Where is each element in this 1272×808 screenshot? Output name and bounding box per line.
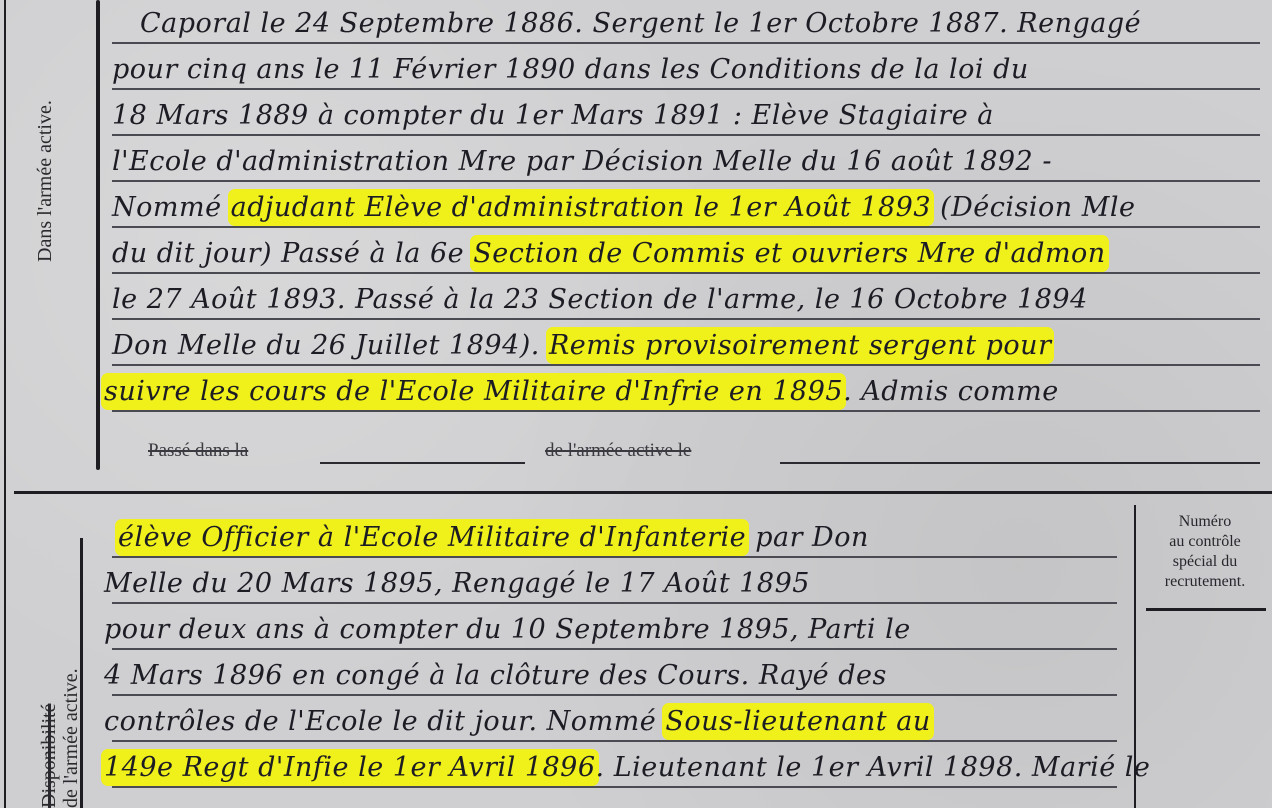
handwritten-line: Melle du 20 Mars 1895, Rengagé le 17 Aoû… [104, 568, 810, 599]
side-label-bottom-active: de l'armée active. [60, 668, 83, 808]
ruled-line [112, 786, 1117, 788]
ruled-line [112, 648, 1117, 650]
side-label-active-army: Dans l'armée active. [34, 100, 57, 262]
ruled-line [112, 226, 1260, 228]
highlighted-text: 149e Regt d'Infie le 1er Avril 1896 [104, 752, 596, 783]
text-segment: Nommé [112, 192, 231, 223]
handwritten-line: 149e Regt d'Infie le 1er Avril 1896. Lie… [104, 752, 1150, 783]
highlighted-text: adjudant Elève d'administration le 1er A… [231, 192, 931, 223]
text-segment: . Admis comme [843, 376, 1059, 407]
highlighted-text: élève Officier à l'Ecole Militaire d'Inf… [118, 522, 746, 553]
handwritten-line: 4 Mars 1896 en congé à la clôture des Co… [104, 660, 887, 691]
label-line: au contrôle [1140, 532, 1270, 552]
top-section-bracket-line [96, 0, 100, 470]
highlighted-text: Section de Commis et ouvriers Mre d'admo… [473, 238, 1105, 269]
handwritten-line: Nommé adjudant Elève d'administration le… [112, 192, 1136, 223]
label-line: recrutement. [1140, 572, 1270, 592]
text-segment: . Lieutenant le 1er Avril 1898. Marié le [596, 752, 1151, 783]
highlighted-text: Remis provisoirement sergent pour [549, 330, 1052, 361]
handwritten-line: 18 Mars 1889 à compter du 1er Mars 1891 … [112, 100, 994, 131]
ruled-line [112, 556, 1117, 558]
handwritten-line: pour deux ans à compter du 10 Septembre … [104, 614, 911, 645]
left-border-line [4, 0, 6, 808]
handwritten-line: élève Officier à l'Ecole Militaire d'Inf… [118, 522, 869, 553]
label-line: Numéro [1140, 512, 1270, 532]
text-segment: Don Melle du 26 Juillet 1894). [112, 330, 549, 361]
ruled-line [112, 410, 1260, 412]
highlighted-text: Sous-lieutenant au [665, 706, 930, 737]
ruled-line [112, 318, 1260, 320]
side-label-struck-word: Disponibilité [38, 704, 60, 808]
text-segment: du dit jour) Passé à la 6e [112, 238, 473, 269]
blank-field-line [780, 462, 1260, 464]
text-segment: par Don [746, 522, 869, 553]
handwritten-line: le 27 Août 1893. Passé à la 23 Section d… [112, 284, 1088, 315]
handwritten-line: Caporal le 24 Septembre 1886. Sergent le… [140, 8, 1141, 39]
ruled-line [112, 88, 1260, 90]
printed-label-armee-active: de l'armée active le [545, 440, 691, 462]
handwritten-line: Don Melle du 26 Juillet 1894). Remis pro… [112, 330, 1051, 361]
ruled-line [112, 134, 1260, 136]
recruitment-number-underline [1146, 608, 1266, 611]
text-segment: (Décision Mle [931, 192, 1135, 223]
section-divider [14, 491, 1272, 494]
ruled-line [112, 740, 1117, 742]
ruled-line [112, 694, 1117, 696]
handwritten-line: l'Ecole d'administration Mre par Décisio… [112, 146, 1052, 177]
service-record-page: Dans l'armée active. Disponibilité de l'… [0, 0, 1272, 808]
text-segment: contrôles de l'Ecole le dit jour. Nommé [104, 706, 665, 737]
ruled-line [112, 42, 1260, 44]
ruled-line [112, 180, 1260, 182]
handwritten-line: du dit jour) Passé à la 6e Section de Co… [112, 238, 1106, 269]
handwritten-line: suivre les cours de l'Ecole Militaire d'… [104, 376, 1059, 407]
handwritten-line: contrôles de l'Ecole le dit jour. Nommé … [104, 706, 931, 737]
side-label-bottom: Disponibilité [38, 704, 61, 808]
ruled-line [112, 364, 1260, 366]
handwritten-line: pour cinq ans le 11 Février 1890 dans le… [112, 54, 1029, 85]
label-line: spécial du [1140, 552, 1270, 572]
ruled-line [112, 272, 1260, 274]
printed-label-passe-dans-la: Passé dans la [148, 440, 248, 462]
ruled-line [112, 602, 1117, 604]
recruitment-number-label: Numéro au contrôle spécial du recrutemen… [1140, 512, 1270, 592]
blank-field-line [320, 462, 525, 464]
highlighted-text: suivre les cours de l'Ecole Militaire d'… [104, 376, 843, 407]
